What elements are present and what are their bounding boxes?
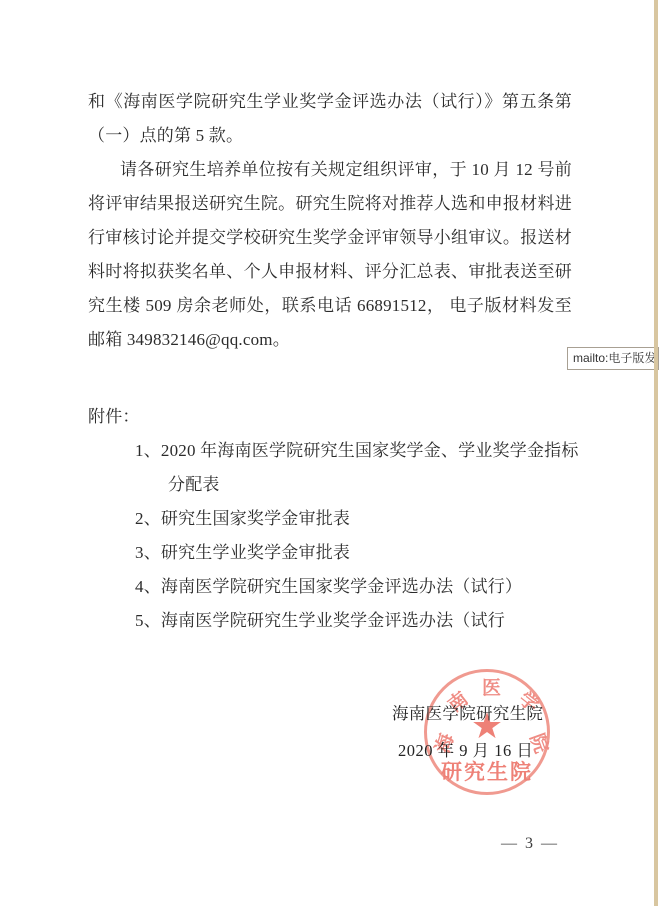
- body-line: （一）点的第 5 款。: [88, 119, 572, 153]
- attachment-item: 1、2020 年海南医学院研究生国家奖学金、学业奖学金指标: [88, 434, 588, 468]
- body-line: 行审核讨论并提交学校研究生奖学金评审领导小组审议。报送材: [88, 221, 572, 255]
- attachment-item: 3、研究生学业奖学金审批表: [88, 536, 588, 570]
- link-tooltip: mailto:电子版发: [567, 347, 659, 370]
- page-edge-stripe: [654, 0, 658, 906]
- attachments-section: 附件： 1、2020 年海南医学院研究生国家奖学金、学业奖学金指标 分配表 2、…: [88, 400, 588, 638]
- attachment-item: 2、研究生国家奖学金审批表: [88, 502, 588, 536]
- attachments-label: 附件：: [88, 400, 588, 434]
- document-page: 和《海南医学院研究生学业奖学金评选办法（试行）》第五条第 （一）点的第 5 款。…: [0, 0, 659, 906]
- attachment-item: 4、海南医学院研究生国家奖学金评选办法（试行）: [88, 570, 588, 604]
- signature-org: 海南医学院研究生院: [392, 702, 543, 726]
- attachment-item-wrap: 分配表: [88, 468, 588, 502]
- seal-arc-char: 医: [482, 679, 501, 698]
- body-line: 料时将拟获奖名单、个人申报材料、评分汇总表、审批表送至研: [88, 255, 572, 289]
- body-line: 究生楼 509 房余老师处，联系电话 66891512， 电子版材料发至: [88, 289, 572, 323]
- body-line-email: 邮箱 349832146@qq.com。: [88, 323, 572, 357]
- document-body: 和《海南医学院研究生学业奖学金评选办法（试行）》第五条第 （一）点的第 5 款。…: [88, 85, 572, 357]
- body-line: 将评审结果报送研究生院。研究生院将对推荐人选和申报材料进: [88, 187, 572, 221]
- page-number: — 3 —: [470, 835, 590, 853]
- body-line: 请各研究生培养单位按有关规定组织评审，于 10 月 12 号前: [88, 153, 572, 187]
- attachment-item: 5、海南医学院研究生学业奖学金评选办法（试行: [88, 604, 588, 638]
- signature-date: 2020 年 9 月 16 日: [398, 739, 543, 763]
- signature-block: 海南医学院研究生院 2020 年 9 月 16 日: [392, 702, 543, 763]
- body-line: 和《海南医学院研究生学业奖学金评选办法（试行）》第五条第: [88, 85, 572, 119]
